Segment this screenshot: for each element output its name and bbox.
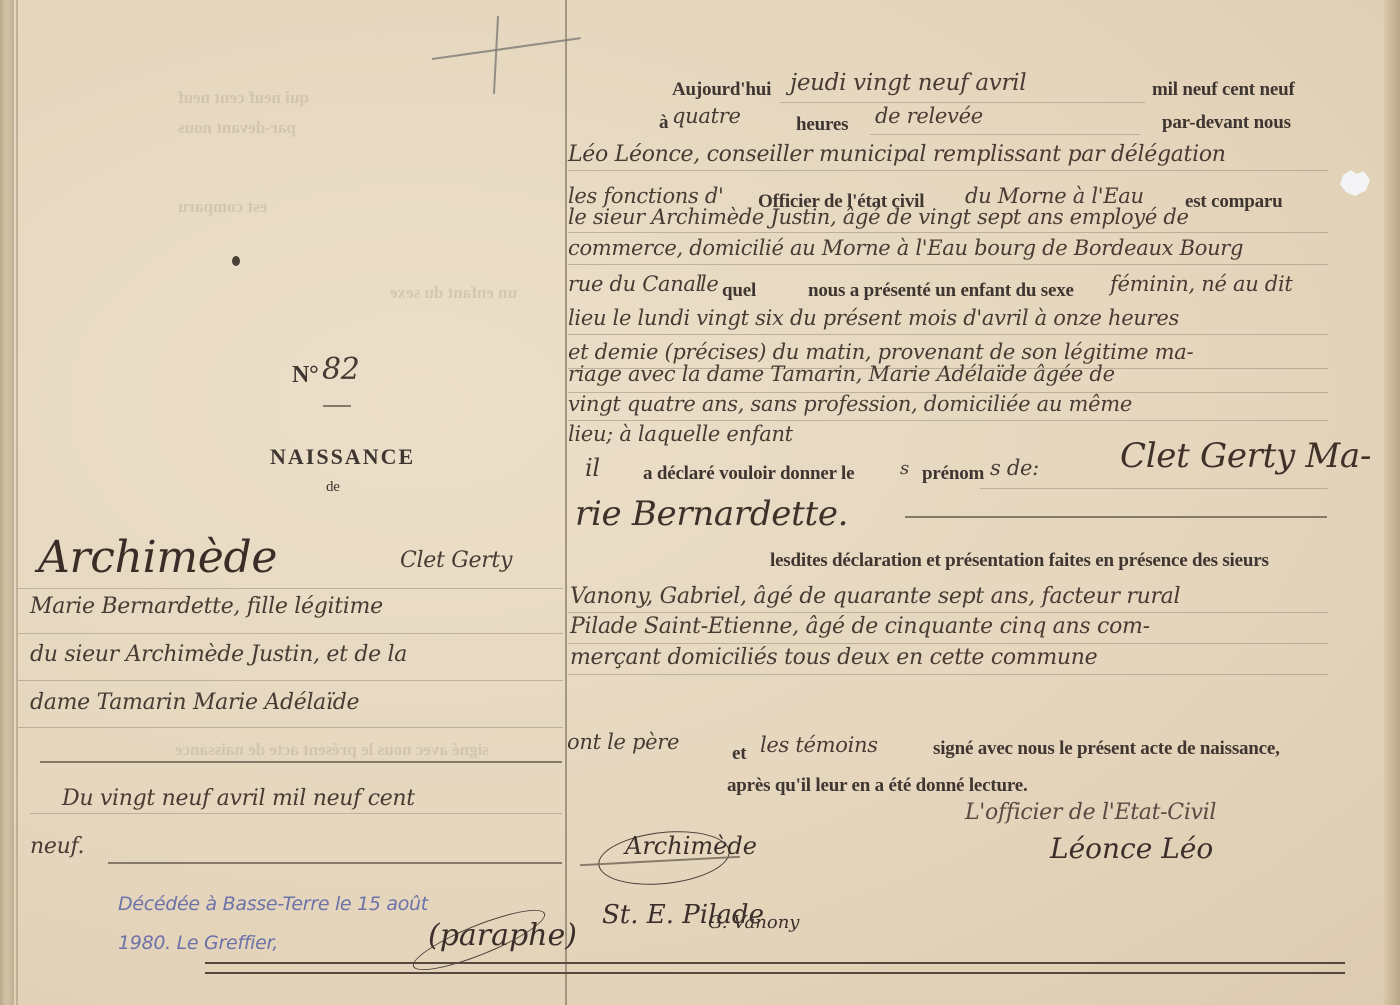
greffier-signature: (paraphe) (428, 918, 577, 953)
handwritten-time-of-day: de relevée (875, 104, 983, 128)
handwritten-line: ont le père (567, 730, 679, 754)
handwritten-line: commerce, domicilié au Morne à l'Eau bou… (568, 236, 1243, 260)
handwritten-line: le sieur Archimède Justin, âgé de vingt … (568, 205, 1189, 229)
section-divider (40, 761, 562, 763)
pencil-cross-mark-vertical (493, 16, 499, 94)
ruled-line (568, 334, 1328, 335)
printed-text: à (659, 112, 668, 134)
ruled-line (568, 264, 1328, 265)
ruled-line (18, 588, 563, 589)
handwritten-line: s de: (990, 456, 1039, 480)
handwritten-line: et demie (précises) du matin, provenant … (568, 340, 1193, 364)
witness-line: Pilade Saint-Etienne, âgé de cinquante c… (570, 614, 1150, 639)
printed-text: mil neuf cent neuf (1152, 79, 1295, 101)
ruled-line (980, 488, 1328, 489)
printed-text: prénom (922, 463, 984, 485)
date-line: neuf. (30, 834, 84, 859)
officer-signature: Léonce Léo (1050, 832, 1213, 865)
act-type-subtitle: de (326, 479, 340, 496)
handwritten-line: il (585, 454, 600, 482)
entry-line: dame Tamarin Marie Adélaïde (30, 690, 359, 715)
printed-text: quel (722, 280, 756, 302)
printed-text: et (732, 743, 746, 765)
ruled-line (18, 680, 563, 681)
pencil-cross-mark (432, 37, 581, 60)
handwritten-line: Léo Léonce, conseiller municipal remplis… (568, 142, 1226, 167)
handwritten-line: le (700, 272, 719, 296)
name-underline (905, 516, 1327, 518)
handwritten-hour: quatre (672, 104, 741, 128)
date-underline (108, 862, 562, 864)
ghost-text: est comparu (178, 197, 267, 217)
printed-text: après qu'il leur en a été donné lecture. (727, 775, 1028, 797)
entry-line: Marie Bernardette, fille légitime (30, 594, 383, 619)
date-line: Du vingt neuf avril mil neuf cent (62, 786, 415, 811)
handwritten-line: vingt quatre ans, sans profession, domic… (568, 392, 1132, 416)
act-type-title: NAISSANCE (270, 444, 415, 470)
printed-text: est comparu (1185, 191, 1283, 213)
act-number-label: N° (292, 362, 319, 389)
page-right-edge (1384, 0, 1400, 1005)
handwritten-line: riage avec la dame Tamarin, Marie Adélaï… (568, 362, 1115, 386)
handwritten-sex: féminin, né au dit (1110, 272, 1293, 296)
entry-line: du sieur Archimède Justin, et de la (30, 642, 407, 667)
ruled-line (18, 633, 563, 634)
printed-text: signé avec nous le présent acte de naiss… (933, 738, 1280, 760)
ruled-line (18, 727, 563, 728)
handwritten-line: lieu; à laquelle enfant (568, 422, 793, 446)
act-number-value: 82 (322, 352, 360, 387)
handwritten-line: lieu le lundi vingt six du présent mois … (568, 306, 1179, 330)
handwritten-date: jeudi vingt neuf avril (790, 70, 1026, 96)
given-names: Clet Gerty Ma- (1120, 436, 1371, 476)
printed-text: lesdites déclaration et présentation fai… (770, 550, 1269, 572)
handwritten-line: les témoins (760, 733, 878, 757)
officer-title: L'officier de l'Etat-Civil (965, 800, 1216, 825)
ruled-line (568, 612, 1328, 613)
ruled-line (568, 170, 1328, 171)
handwritten-plural: s (900, 458, 909, 479)
closing-double-rule (205, 962, 1345, 974)
ruled-line (568, 420, 1328, 421)
witness-line: merçant domiciliés tous deux en cette co… (570, 645, 1097, 670)
death-annotation-line: 1980. Le Greffier, (118, 932, 278, 954)
ruled-line (568, 674, 1328, 675)
binding-edge-line (16, 0, 18, 1005)
ruled-line (568, 643, 1328, 644)
ruled-line (870, 134, 1140, 135)
witness-line: Vanony, Gabriel, âgé de quarante sept an… (570, 584, 1180, 609)
paper-hole (1340, 170, 1370, 196)
ruled-line (780, 102, 1145, 103)
witness2-signature: G. Vanony (708, 912, 799, 933)
ruled-line (568, 232, 1328, 233)
death-annotation-line: Décédée à Basse-Terre le 15 août (118, 893, 428, 915)
ghost-text: par-devant nous (178, 118, 296, 138)
entry-line: Clet Gerty (400, 548, 512, 573)
printed-text: par-devant nous (1162, 112, 1291, 134)
column-divider (565, 0, 567, 1005)
ruled-line (30, 813, 562, 814)
ink-blot (232, 256, 240, 266)
printed-text: a déclaré vouloir donner le (643, 463, 854, 485)
given-names-cont: rie Bernardette. (575, 494, 848, 534)
ghost-text: signé avec nous le présent acte de naiss… (175, 740, 489, 760)
printed-text: nous a présenté un enfant du sexe (808, 280, 1074, 302)
ghost-text: qui neuf cent neuf (178, 88, 309, 108)
printed-text: Aujourd'hui (672, 79, 771, 101)
number-underline (323, 405, 351, 407)
handwritten-line: rue du Canal (568, 272, 702, 296)
printed-text: heures (796, 114, 848, 136)
surname: Archimède (38, 532, 277, 583)
register-page: qui neuf cent neuf par-devant nous est c… (0, 0, 1400, 1005)
ghost-text: un enfant du sexe (390, 283, 517, 303)
book-binding (0, 0, 14, 1005)
